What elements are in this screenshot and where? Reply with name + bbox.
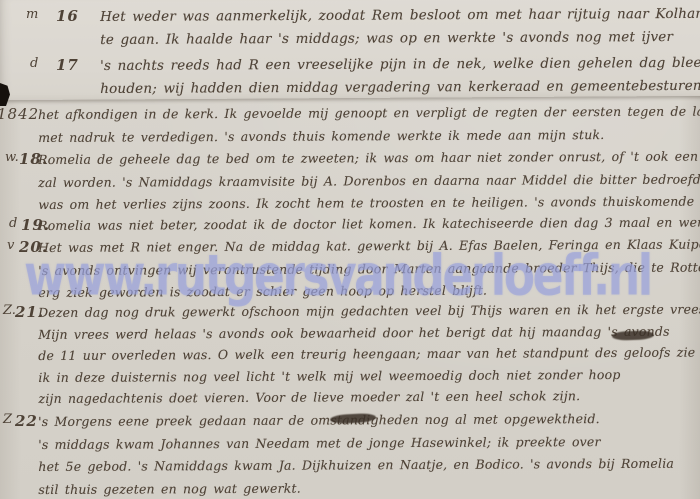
entry-date: 17 xyxy=(56,56,79,74)
entry-margin: v20. xyxy=(0,237,38,305)
handwriting-line: zijn nagedachtenis doet vieren. Voor de … xyxy=(38,385,700,410)
entry-day-letter: d xyxy=(30,56,38,71)
entry-date: 22 xyxy=(15,412,38,430)
entry-margin: Z22 xyxy=(0,411,38,499)
handwriting-line: stil thuis gezeten en nog wat gewerkt. xyxy=(38,475,700,499)
entry-day-letter: Z. xyxy=(3,303,16,318)
diary-entries: m16Het weder was aanmerkelijk, zoodat Re… xyxy=(0,0,700,499)
diary-entry: d17's nachts reeds had R een vreeselijke… xyxy=(0,55,700,101)
diary-entry: Z.21.Dezen dag nog druk gewerkt ofschoon… xyxy=(0,302,700,410)
entry-text: Dezen dag nog druk gewerkt ofschoon mijn… xyxy=(38,298,700,410)
entry-margin: Z.21. xyxy=(0,302,38,410)
entry-day-letter: v xyxy=(7,238,14,253)
year-label: 1842 xyxy=(0,105,39,123)
handwriting-line: Romelia de geheele dag te bed om te zwee… xyxy=(38,145,700,171)
diary-entry: v20.Het was met R niet enger. Na de midd… xyxy=(0,237,700,305)
diary-entry: Z22's Morgens eene preek gedaan naar de … xyxy=(0,411,700,499)
entry-day-letter: Z xyxy=(3,412,12,427)
handwriting-line: 's avonds ontvingen wij verontrustende t… xyxy=(38,256,700,282)
handwriting-line: 's nachts reeds had R een vreeselijke pi… xyxy=(100,52,700,78)
entry-margin: 1842 xyxy=(0,104,38,149)
entry-text: Romelia de geheele dag te bed om te zwee… xyxy=(38,145,700,216)
entry-text: 's nachts reeds had R een vreeselijke pi… xyxy=(100,52,700,101)
entry-text: Het was met R niet enger. Na de middag k… xyxy=(38,233,700,304)
entry-margin: d17 xyxy=(0,55,100,101)
diary-entry: m16Het weder was aanmerkelijk, zoodat Re… xyxy=(0,6,700,52)
entry-day-letter: w. xyxy=(5,150,19,165)
entry-day-letter: m xyxy=(26,7,38,22)
entry-text: Het weder was aanmerkelijk, zoodat Rem b… xyxy=(100,3,700,52)
handwriting-line: ik in deze duisternis nog veel licht 't … xyxy=(38,363,700,388)
entry-date: 16 xyxy=(56,7,79,25)
handwriting-line: Het was met R niet enger. Na de middag k… xyxy=(38,233,700,259)
handwriting-line: houden; wij hadden dien middag vergaderi… xyxy=(100,75,700,101)
entry-margin: d19. xyxy=(0,215,38,238)
handwriting-line: het afkondigen in de kerk. Ik gevoelde m… xyxy=(38,100,700,126)
diary-entry: 1842het afkondigen in de kerk. Ik gevoel… xyxy=(0,104,700,149)
entry-margin: w.18. xyxy=(0,149,38,217)
handwriting-line: Het weder was aanmerkelijk, zoodat Rem b… xyxy=(100,3,700,29)
diary-entry: w.18.Romelia de geheele dag te bed om te… xyxy=(0,149,700,217)
handwriting-line: Dezen dag nog druk gewerkt ofschoon mijn… xyxy=(38,298,700,323)
manuscript-page: { "document": { "kind": "handwritten dia… xyxy=(0,0,700,499)
entry-day-letter: d xyxy=(9,216,17,231)
handwriting-line: de 11 uur overleden was. O welk een treu… xyxy=(38,342,700,367)
entry-margin: m16 xyxy=(0,6,100,52)
handwriting-line: zal worden. 's Namiddags kraamvisite bij… xyxy=(38,168,700,194)
handwriting-line: het 5e gebod. 's Namiddags kwam Ja. Dijk… xyxy=(38,453,700,479)
entry-text: het afkondigen in de kerk. Ik gevoelde m… xyxy=(38,100,700,149)
handwriting-line: te gaan. Ik haalde haar 's middags; was … xyxy=(100,26,700,52)
